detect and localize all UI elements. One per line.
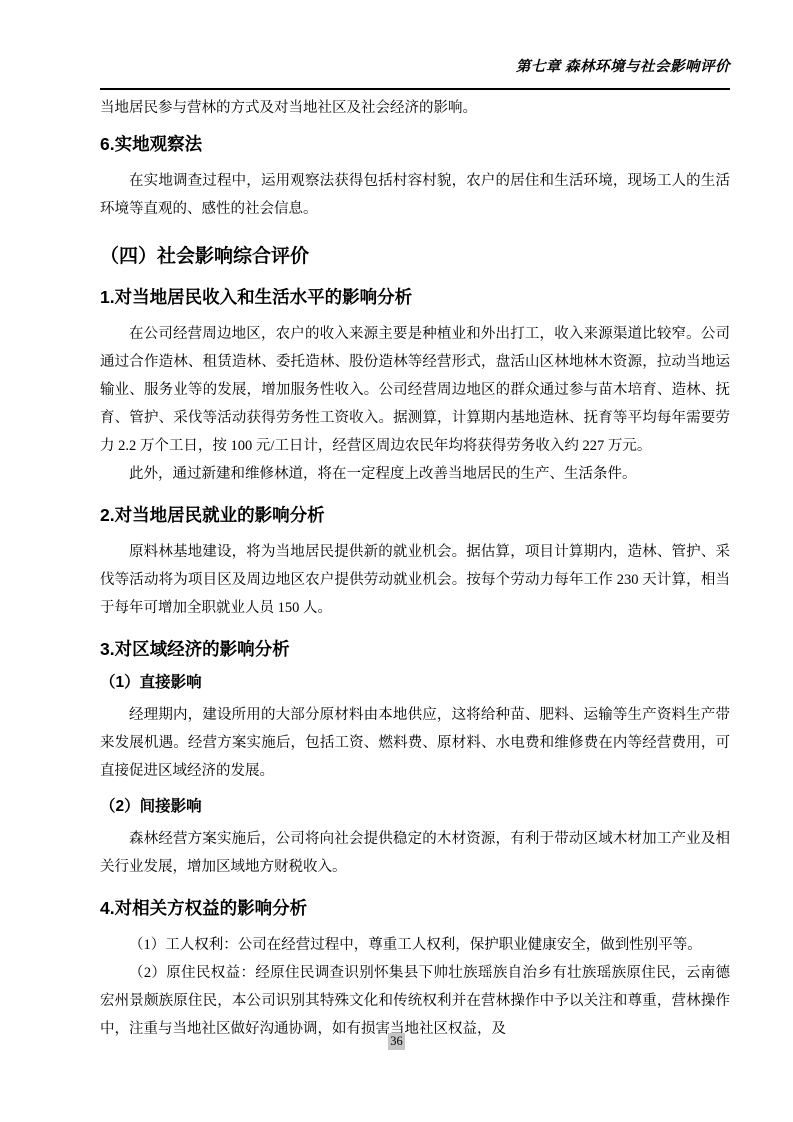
carryover-paragraph: 当地居民参与营林的方式及对当地社区及社会经济的影响。	[100, 94, 730, 122]
heading-2-employment-impact: 2.对当地居民就业的影响分析	[100, 503, 730, 527]
heading-4-stakeholder-rights-impact: 4.对相关方权益的影响分析	[100, 896, 730, 920]
paragraph-field-observation: 在实地调查过程中，运用观察法获得包括村容村貌，农户的居住和生活环境，现场工人的生…	[100, 167, 730, 223]
heading-3-2-indirect-impact: （2）间接影响	[100, 796, 730, 818]
page-footer: 36	[0, 1032, 793, 1050]
paragraph-worker-rights: （1）工人权利：公司在经营过程中，尊重工人权利，保护职业健康安全，做到性别平等。	[100, 931, 730, 959]
heading-3-1-direct-impact: （1）直接影响	[100, 672, 730, 694]
running-header: 第七章 森林环境与社会影响评价	[100, 57, 730, 90]
paragraph-indirect-impact: 森林经营方案实施后，公司将向社会提供稳定的木材资源，有利于带动区域木材加工产业及…	[100, 825, 730, 881]
paragraph-employment-analysis: 原料林基地建设，将为当地居民提供新的就业机会。据估算，项目计算期内，造林、管护、…	[100, 538, 730, 622]
page-number: 36	[388, 1033, 405, 1050]
document-page: 第七章 森林环境与社会影响评价 当地居民参与营林的方式及对当地社区及社会经济的影…	[0, 0, 793, 1122]
paragraph-indigenous-rights: （2）原住民权益：经原住民调查识别怀集县下帅壮族瑶族自治乡有壮族瑶族原住民，云南…	[100, 959, 730, 1043]
paragraph-income-analysis: 在公司经营周边地区，农户的收入来源主要是种植业和外出打工，收入来源渠道比较窄。公…	[100, 320, 730, 460]
heading-section4-social-impact-evaluation: （四）社会影响综合评价	[100, 244, 730, 270]
heading-6-field-observation: 6.实地观察法	[100, 132, 730, 156]
paragraph-forest-road-improvement: 此外，通过新建和维修林道，将在一定程度上改善当地居民的生产、生活条件。	[100, 460, 730, 488]
heading-3-regional-economy-impact: 3.对区域经济的影响分析	[100, 637, 730, 661]
heading-1-income-living-standard: 1.对当地居民收入和生活水平的影响分析	[100, 285, 730, 309]
paragraph-direct-impact: 经理期内，建设所用的大部分原材料由本地供应，这将给种苗、肥料、运输等生产资料生产…	[100, 701, 730, 785]
